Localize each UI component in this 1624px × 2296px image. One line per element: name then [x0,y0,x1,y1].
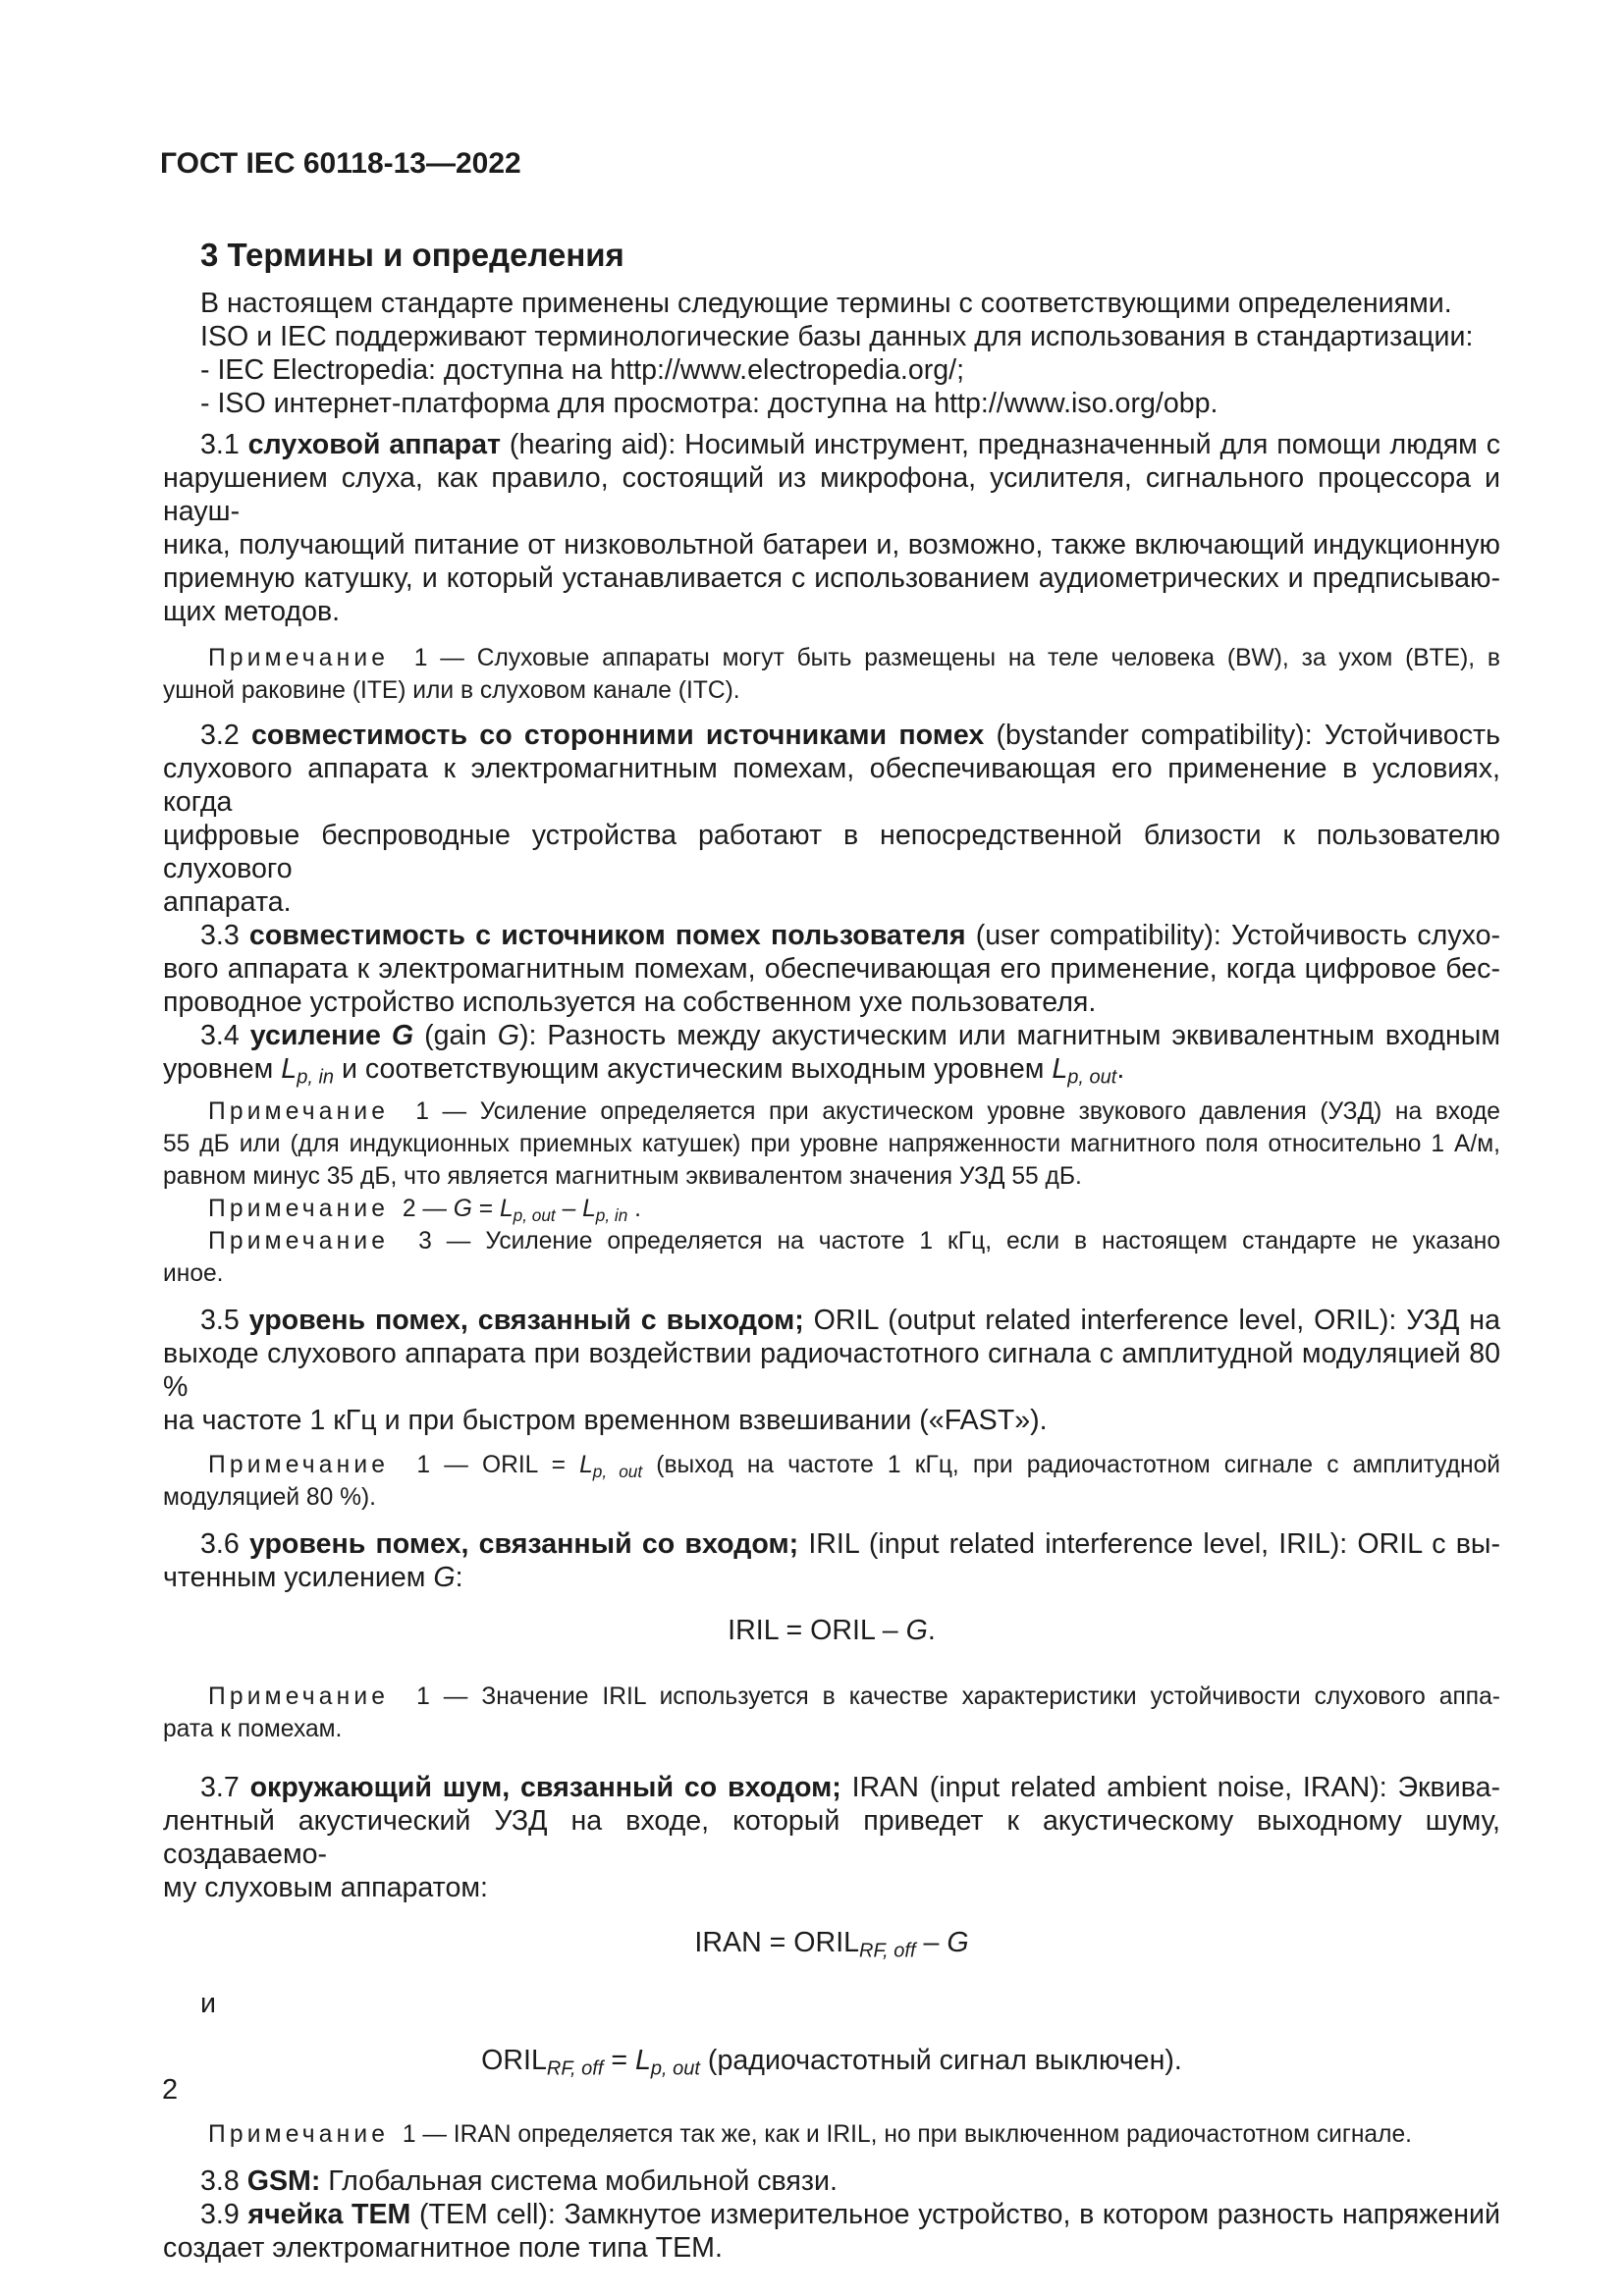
text-line: 55 дБ или (для индукционных приемных кат… [163,1128,1500,1160]
text-line: Примечание 1 — ORIL = Lp, out (выход на … [163,1449,1500,1481]
text-run: L [500,1196,514,1222]
text-run: му слуховым аппаратом: [163,1872,488,1903]
text-line: Примечание 3 — Усиление определяется на … [163,1225,1500,1257]
text-run: ORIL (output related interference level,… [804,1305,1500,1336]
document-page: ГОСТ IEC 60118-13—2022 3 Термины и опред… [0,0,1624,2296]
intro-list-item-1: - IEC Electropedia: доступна на http://w… [163,353,1500,387]
note-3-4-3: Примечание 3 — Усиление определяется на … [163,1225,1500,1290]
text-run: уровнем [163,1053,281,1085]
text-run: ушной раковине (ITE) или в слуховом кана… [163,677,740,704]
text-run: уровень помех, связанный с выходом; [249,1305,804,1336]
text-run: 3 — Усиление определяется на частоте 1 к… [389,1228,1500,1255]
text-line: проводное устройство используется на соб… [163,986,1500,1019]
text-run: Примечание [208,1196,389,1222]
text-run: G [947,1927,968,1958]
term-3-4: 3.4 усиление G (gain G): Разность между … [163,1019,1500,1086]
text-run: IRAN = ORIL [694,1927,859,1958]
text-run: – [556,1196,582,1222]
conjunction-i: и [163,1987,1500,2020]
text-line: IRIL = ORIL – G. [163,1614,1500,1647]
text-line: 3.5 уровень помех, связанный с выходом; … [163,1304,1500,1337]
text-line: - ISO интернет-платформа для просмотра: … [163,387,1500,420]
note-3-5: Примечание 1 — ORIL = Lp, out (выход на … [163,1449,1500,1514]
intro-list-item-2: - ISO интернет-платформа для просмотра: … [163,387,1500,420]
text-line: ушной раковине (ITE) или в слуховом кана… [163,674,1500,707]
text-run: 3.9 [200,2199,247,2230]
text-line: 3.4 усиление G (gain G): Разность между … [163,1019,1500,1052]
note-3-4-2: Примечание 2 — G = Lp, out – Lp, in . [163,1193,1500,1225]
text-run: (bystander compatibility): Устойчивость [984,720,1500,751]
text-line: 3.3 совместимость с источником помех пол… [163,919,1500,952]
text-run: приемную катушку, и который устанавливае… [163,562,1500,594]
text-line: вого аппарата к электромагнитным помехам… [163,952,1500,986]
text-run: совместимость со сторонними источниками … [251,720,984,751]
text-run: G [433,1562,455,1593]
text-run: ORIL [481,2045,547,2076]
text-run: модуляцией 80 %). [163,1484,376,1511]
text-run: (радиочастотный сигнал выключен). [700,2045,1182,2076]
text-run: равном минус 35 дБ, что является магнитн… [163,1163,1082,1190]
text-run: слуховой аппарат [248,429,501,460]
text-run: 3.4 [200,1020,250,1051]
text-run: вого аппарата к электромагнитным помехам… [163,953,1500,985]
text-run: 3.2 [200,720,251,751]
text-run: окружающий шум, связанный со входом; [250,1772,841,1803]
text-line: модуляцией 80 %). [163,1481,1500,1514]
text-line: 3.8 GSM: Глобальная система мобильной св… [163,2164,1500,2198]
term-3-9: 3.9 ячейка ТЕМ (ТЕМ cell): Замкнутое изм… [163,2198,1500,2265]
text-run: цифровые беспроводные устройства работаю… [163,820,1500,884]
text-line: уровнем Lp, in и соответствующим акустич… [163,1052,1500,1086]
text-run: ): Разность между акустическим или магни… [519,1020,1500,1051]
term-3-7: 3.7 окружающий шум, связанный со входом;… [163,1771,1500,1904]
formula-iran: IRAN = ORILRF, off – G [163,1926,1500,1959]
text-line: Примечание 1 — Слуховые аппараты могут б… [163,642,1500,674]
text-line: 3.6 уровень помех, связанный со входом; … [163,1527,1500,1561]
subscript-run: p, out [593,1462,642,1481]
text-line: равном минус 35 дБ, что является магнитн… [163,1160,1500,1193]
text-run: выходе слухового аппарата при воздействи… [163,1338,1500,1403]
text-line: нарушением слуха, как правило, состоящий… [163,461,1500,528]
text-run: 3.5 [200,1305,249,1336]
text-run: 1 — Усиление определяется при акустическ… [389,1098,1500,1125]
text-run: создает электромагнитное поле типа ТЕМ. [163,2232,723,2264]
text-line: ORILRF, off = Lp, out (радиочастотный си… [163,2044,1500,2077]
text-line: чтенным усилением G: [163,1561,1500,1594]
text-run: лентный акустический УЗД на входе, котор… [163,1805,1500,1870]
section-title: 3 Термины и определения [163,236,1500,275]
text-run: щих методов. [163,596,340,627]
text-run: усиление [250,1020,392,1051]
text-run: 3.8 [200,2165,247,2197]
text-line: и [163,1987,1500,2020]
text-run: уровень помех, связанный со входом; [249,1528,798,1560]
document-flow: В настоящем стандарте применены следующи… [163,287,1500,2265]
text-line: - IEC Electropedia: доступна на http://w… [163,353,1500,387]
formula-iril: IRIL = ORIL – G. [163,1614,1500,1647]
text-run: GSM: [247,2165,321,2197]
text-run: Примечание [208,645,389,671]
text-run: IRIL = ORIL – [728,1615,905,1646]
text-run: (ТЕМ cell): Замкнутое измерительное устр… [410,2199,1500,2230]
subscript-run: p, out [514,1205,556,1225]
text-line: цифровые беспроводные устройства работаю… [163,819,1500,885]
text-run: 3.1 [200,429,248,460]
text-run: . [928,1615,936,1646]
text-run: ника, получающий питание от низковольтно… [163,529,1500,561]
term-3-2: 3.2 совместимость со сторонними источник… [163,719,1500,919]
text-run: G [392,1020,413,1051]
page-number: 2 [162,2073,178,2107]
intro-paragraph-1: В настоящем стандарте применены следующи… [163,287,1500,320]
note-3-1: Примечание 1 — Слуховые аппараты могут б… [163,642,1500,707]
text-run: и соответствующим акустическим выходным … [334,1053,1052,1085]
text-run: (hearing aid): Носимый инструмент, предн… [501,429,1500,460]
text-run: 2 — [389,1196,454,1222]
text-run: проводное устройство используется на соб… [163,987,1096,1018]
text-run: . [1116,1053,1124,1085]
term-3-6: 3.6 уровень помех, связанный со входом; … [163,1527,1500,1594]
subscript-run: p, in [297,1067,334,1089]
text-run: 1 — Слуховые аппараты могут быть размеще… [389,645,1500,671]
text-line: ISO и IEC поддерживают терминологические… [163,320,1500,353]
text-run: иное. [163,1260,224,1287]
text-run: Примечание [208,1228,389,1255]
text-run: Примечание [208,2121,389,2148]
text-run: G [498,1020,519,1051]
text-run: = [472,1196,500,1222]
text-run: L [579,1452,593,1478]
term-3-8: 3.8 GSM: Глобальная система мобильной св… [163,2164,1500,2198]
text-run: 1 — Значение IRIL используется в качеств… [389,1683,1500,1710]
text-line: Примечание 1 — Значение IRIL используетс… [163,1681,1500,1713]
text-run: G [454,1196,472,1222]
text-run: Примечание [208,1683,389,1710]
text-run: G [906,1615,928,1646]
text-run: (выход на частоте 1 кГц, при радиочастот… [642,1452,1500,1478]
text-run: аппарата. [163,886,292,918]
text-line: на частоте 1 кГц и при быстром временном… [163,1404,1500,1437]
text-run: ISO и IEC поддерживают терминологические… [200,321,1473,352]
text-run: и [200,1988,216,2019]
text-line: В настоящем стандарте применены следующи… [163,287,1500,320]
subscript-run: p, out [651,2058,700,2080]
text-line: му слуховым аппаратом: [163,1871,1500,1904]
text-run: 3.3 [200,920,249,951]
text-run: чтенным усилением [163,1562,433,1593]
text-run: (gain [413,1020,498,1051]
text-line: 3.7 окружающий шум, связанный со входом;… [163,1771,1500,1804]
text-run: слухового аппарата к электромагнитным по… [163,753,1500,818]
subscript-run: RF, off [859,1941,915,1962]
text-line: Примечание 2 — G = Lp, out – Lp, in . [163,1193,1500,1225]
text-line: выходе слухового аппарата при воздействи… [163,1337,1500,1404]
text-line: аппарата. [163,885,1500,919]
subscript-run: p, in [596,1205,628,1225]
text-run: 1 — ORIL = [389,1452,579,1478]
term-3-1: 3.1 слуховой аппарат (hearing aid): Носи… [163,428,1500,628]
text-run: 55 дБ или (для индукционных приемных кат… [163,1131,1500,1157]
formula-oril-rf-off: ORILRF, off = Lp, out (радиочастотный си… [163,2044,1500,2077]
text-run: L [582,1196,596,1222]
note-3-6: Примечание 1 — Значение IRIL используетс… [163,1681,1500,1745]
intro-paragraph-2: ISO и IEC поддерживают терминологические… [163,320,1500,353]
term-3-3: 3.3 совместимость с источником помех пол… [163,919,1500,1019]
note-3-4-1: Примечание 1 — Усиление определяется при… [163,1095,1500,1193]
subscript-run: p, out [1067,1067,1116,1089]
subscript-run: RF, off [547,2058,603,2080]
text-run: нарушением слуха, как правило, состоящий… [163,462,1500,527]
text-run: совместимость с источником помех пользов… [249,920,966,951]
text-run: = [603,2045,635,2076]
text-run: L [281,1053,297,1085]
term-3-5: 3.5 уровень помех, связанный с выходом; … [163,1304,1500,1437]
text-line: лентный акустический УЗД на входе, котор… [163,1804,1500,1871]
text-run: : [456,1562,463,1593]
note-3-7: Примечание 1 — IRAN определяется так же,… [163,2118,1500,2151]
text-run: Глобальная система мобильной связи. [320,2165,838,2197]
running-header: ГОСТ IEC 60118-13—2022 [160,147,1500,181]
text-line: рата к помехам. [163,1713,1500,1745]
text-run: Примечание [208,1452,389,1478]
text-line: ника, получающий питание от низковольтно… [163,528,1500,561]
text-line: 3.2 совместимость со сторонними источник… [163,719,1500,752]
text-line: Примечание 1 — IRAN определяется так же,… [163,2118,1500,2151]
text-run: L [1052,1053,1067,1085]
text-line: приемную катушку, и который устанавливае… [163,561,1500,595]
text-run: - ISO интернет-платформа для просмотра: … [200,388,1218,419]
text-line: 3.9 ячейка ТЕМ (ТЕМ cell): Замкнутое изм… [163,2198,1500,2231]
text-line: создает электромагнитное поле типа ТЕМ. [163,2231,1500,2265]
text-run: – [916,1927,947,1958]
text-run: 3.7 [200,1772,250,1803]
text-run: на частоте 1 кГц и при быстром временном… [163,1405,1048,1436]
text-line: слухового аппарата к электромагнитным по… [163,752,1500,819]
text-run: В настоящем стандарте применены следующи… [200,288,1452,319]
text-run: - IEC Electropedia: доступна на http://w… [200,354,964,386]
page-content: ГОСТ IEC 60118-13—2022 3 Термины и опред… [163,147,1500,2265]
text-run: ячейка ТЕМ [247,2199,410,2230]
text-run: L [635,2045,651,2076]
text-run: IRAN (input related ambient noise, IRAN)… [841,1772,1500,1803]
text-run: Примечание [208,1098,389,1125]
text-run: 1 — IRAN определяется так же, как и IRIL… [389,2121,1412,2148]
text-line: 3.1 слуховой аппарат (hearing aid): Носи… [163,428,1500,461]
text-line: иное. [163,1257,1500,1290]
text-run: IRIL (input related interference level, … [798,1528,1500,1560]
text-line: IRAN = ORILRF, off – G [163,1926,1500,1959]
text-run: . [627,1196,641,1222]
text-line: щих методов. [163,595,1500,628]
text-run: рата к помехам. [163,1716,342,1742]
text-run: (user compatibility): Устойчивость слухо… [966,920,1500,951]
text-line: Примечание 1 — Усиление определяется при… [163,1095,1500,1128]
text-run: 3.6 [200,1528,249,1560]
